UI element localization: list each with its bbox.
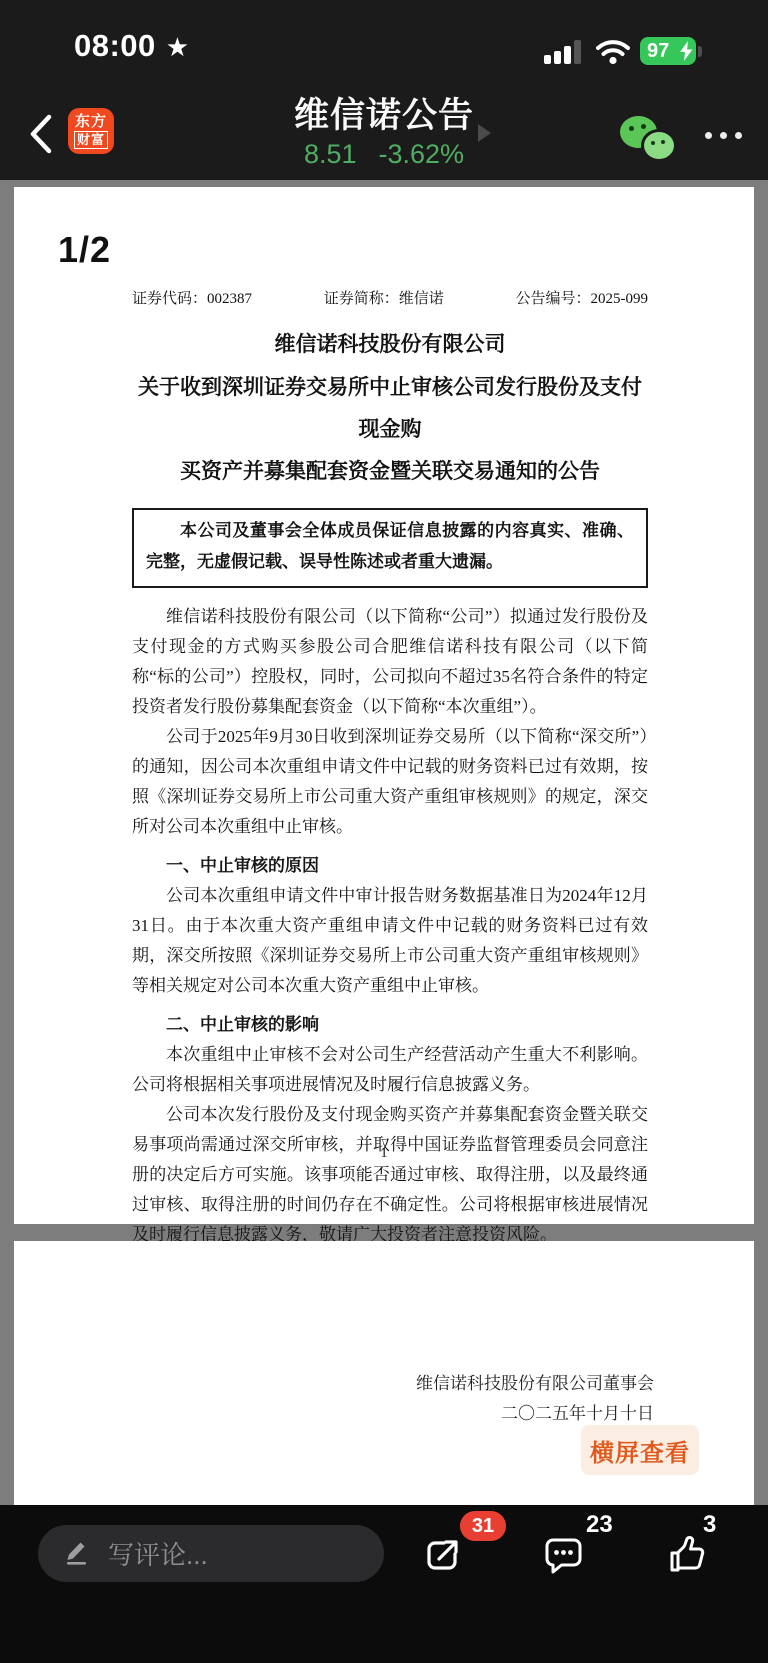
wechat-share-button[interactable] — [620, 114, 678, 164]
stock-price: 8.51 — [304, 139, 357, 170]
doc-announcement-no: 公告编号：2025-099 — [516, 287, 649, 308]
doc-paragraph-5: 公司本次发行股份及支付现金购买资产并募集配套资金暨关联交易事项尚需通过深交所审核… — [132, 1100, 648, 1250]
pencil-icon — [62, 1537, 90, 1570]
document-page-1: 1/2 证券代码：002387 证券简称：维信诺 公告编号：2025-099 维… — [14, 187, 754, 1224]
comment-count: 23 — [586, 1511, 613, 1539]
doc-stock-code: 证券代码：002387 — [132, 287, 252, 308]
doc-signature-block: 维信诺科技股份有限公司董事会 二〇二五年十月十日 — [416, 1369, 654, 1429]
thumbs-up-icon — [667, 1563, 709, 1580]
page-1-content: 证券代码：002387 证券简称：维信诺 公告编号：2025-099 维信诺科技… — [132, 187, 648, 1280]
share-icon — [421, 1564, 464, 1581]
doc-title-line1: 关于收到深圳证券交易所中止审核公司发行股份及支付现金购 — [132, 366, 648, 450]
page-indicator: 1/2 — [58, 229, 111, 271]
doc-paragraph-3: 公司本次重组申请文件中审计报告财务数据基准日为2024年12月31日。由于本次重… — [132, 881, 648, 1001]
doc-stock-name: 证券简称：维信诺 — [324, 287, 444, 308]
like-count: 3 — [703, 1511, 716, 1539]
doc-paragraph-4: 本次重组中止审核不会对公司生产经营活动产生重大不利影响。公司将根据相关事项进展情… — [132, 1040, 648, 1100]
doc-title-line2: 买资产并募集配套资金暨关联交易通知的公告 — [132, 450, 648, 492]
signal-icon — [544, 40, 581, 64]
comment-button[interactable] — [543, 1536, 584, 1581]
comment-placeholder: 写评论... — [108, 1535, 208, 1572]
comment-bubble-icon — [543, 1563, 584, 1580]
more-icon — [705, 132, 712, 139]
battery-icon: 97 — [640, 37, 696, 65]
top-bar: 08:00★ 97 东方 财富 维信诺公告 — [0, 0, 768, 180]
like-button[interactable] — [667, 1534, 709, 1581]
doc-title: 关于收到深圳证券交易所中止审核公司发行股份及支付现金购 买资产并募集配套资金暨关… — [132, 366, 648, 492]
doc-paragraph-1: 维信诺科技股份有限公司（以下简称“公司”）拟通过发行股份及支付现金的方式购买参股… — [132, 602, 648, 722]
screen: 08:00★ 97 东方 财富 维信诺公告 — [0, 0, 768, 1663]
share-badge: 31 — [460, 1511, 506, 1541]
battery-percent-label: 97 — [647, 40, 669, 63]
wifi-icon — [595, 38, 631, 70]
doc-signature: 维信诺科技股份有限公司董事会 — [416, 1369, 654, 1399]
document-page-2: 维信诺科技股份有限公司董事会 二〇二五年十月十日 横屏查看 — [14, 1241, 754, 1505]
document-viewer[interactable]: 1/2 证券代码：002387 证券简称：维信诺 公告编号：2025-099 维… — [0, 180, 768, 1505]
doc-disclaimer-box: 本公司及董事会全体成员保证信息披露的内容真实、准确、完整，无虚假记载、误导性陈述… — [132, 508, 648, 588]
doc-heading-2: 二、中止审核的影响 — [132, 1010, 648, 1035]
doc-page-number: 1 — [14, 1145, 754, 1162]
star-icon: ★ — [166, 32, 190, 62]
share-button[interactable] — [421, 1534, 464, 1582]
more-button[interactable] — [705, 132, 742, 139]
comment-input[interactable]: 写评论... — [38, 1525, 384, 1582]
bottom-bar: 写评论... 31 23 — [0, 1505, 768, 1663]
doc-heading-1: 一、中止审核的原因 — [132, 851, 648, 876]
doc-paragraph-2: 公司于2025年9月30日收到深圳证券交易所（以下简称“深交所”）的通知，因公司… — [132, 722, 648, 842]
landscape-view-button[interactable]: 横屏查看 — [581, 1425, 699, 1475]
doc-company-name: 维信诺科技股份有限公司 — [132, 328, 648, 358]
battery-bolt-icon — [680, 41, 693, 66]
stock-change: -3.62% — [379, 139, 465, 170]
status-time: 08:00★ — [74, 28, 190, 64]
doc-meta-row: 证券代码：002387 证券简称：维信诺 公告编号：2025-099 — [132, 287, 648, 308]
